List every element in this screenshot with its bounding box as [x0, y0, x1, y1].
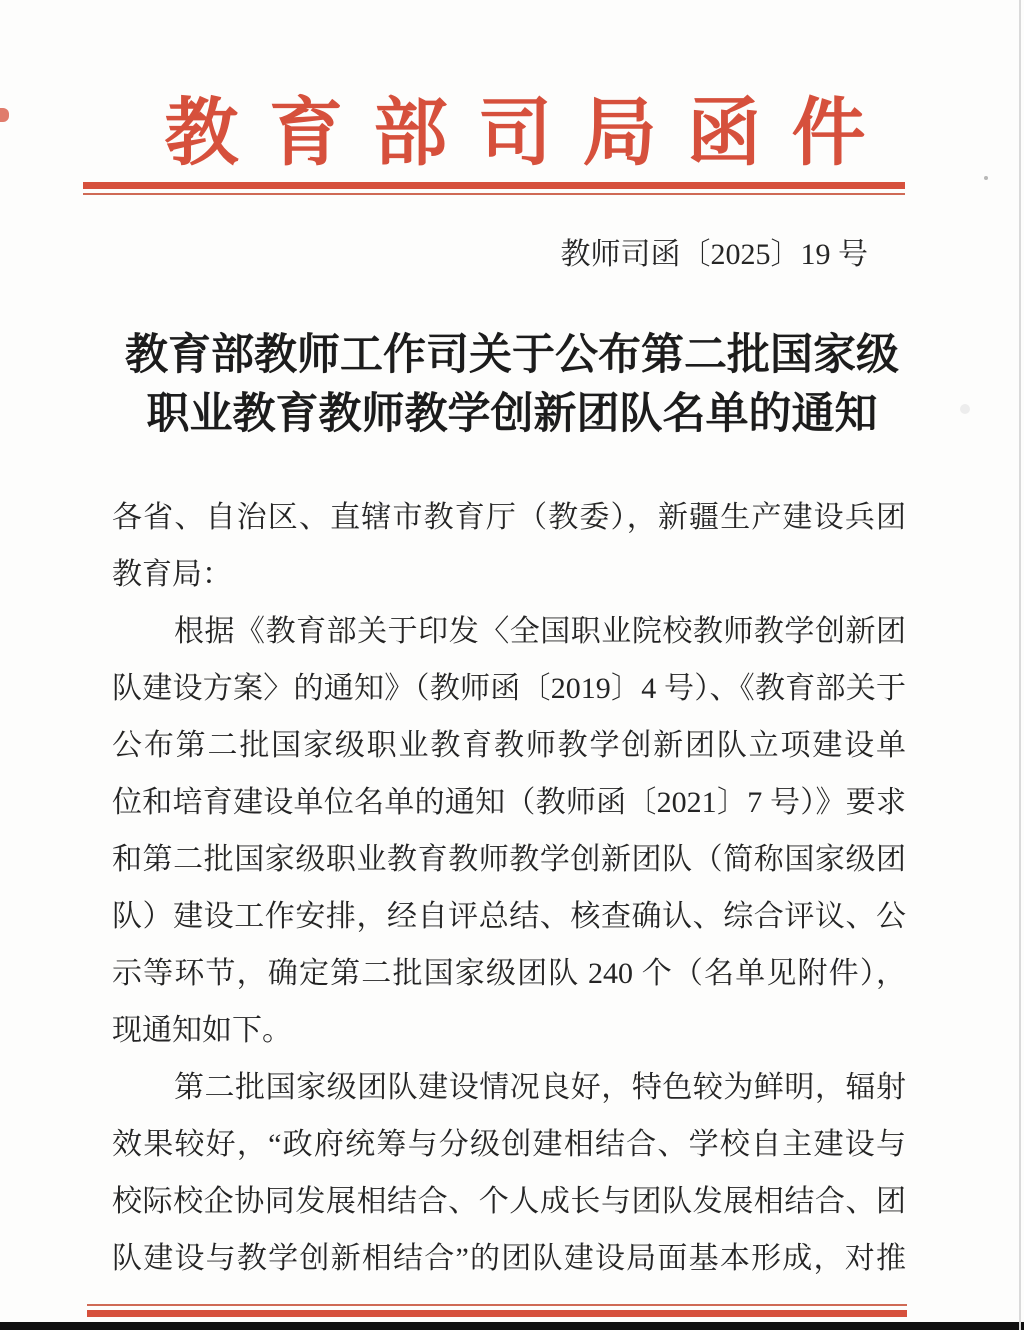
notice-title-line-1: 教育部教师工作司关于公布第二批国家级 [0, 326, 1024, 385]
letterhead-rule-thick [83, 182, 905, 189]
footer-rule-thick [87, 1310, 907, 1317]
body-line: 队建设与教学创新相结合”的团队建设局面基本形成，对推 [112, 1230, 906, 1287]
body-line: 教育局： [112, 546, 906, 603]
footer-rule-thin [87, 1304, 907, 1306]
body-line: 第二批国家级团队建设情况良好，特色较为鲜明，辐射 [112, 1059, 906, 1116]
notice-title: 教育部教师工作司关于公布第二批国家级 职业教育教师教学创新团队名单的通知 [0, 326, 1024, 444]
body-line: 公布第二批国家级职业教育教师教学创新团队立项建设单 [112, 717, 906, 774]
body-line: 根据《教育部关于印发〈全国职业院校教师教学创新团 [112, 603, 906, 660]
notice-body: 各省、自治区、直辖市教育厅（教委），新疆生产建设兵团 教育局： 根据《教育部关于… [112, 489, 906, 1287]
notice-title-line-2: 职业教育教师教学创新团队名单的通知 [0, 385, 1024, 444]
body-line: 位和培育建设单位名单的通知（教师函〔2021〕7 号）》要求 [112, 774, 906, 831]
body-line: 和第二批国家级职业教育教师教学创新团队（简称国家级团 [112, 831, 906, 888]
document-number: 教师司函〔2025〕19 号 [0, 229, 868, 273]
scan-edge-bottom [0, 1322, 1024, 1330]
body-line: 示等环节，确定第二批国家级团队 240 个（名单见附件）， [112, 945, 906, 1002]
scan-smudge [960, 404, 970, 414]
scan-edge-right [1019, 0, 1021, 1330]
body-line: 现通知如下。 [112, 1002, 906, 1059]
document-page: 教 育 部 司 局 函 件 教师司函〔2025〕19 号 教育部教师工作司关于公… [0, 0, 1024, 1330]
body-line: 队建设方案〉的通知》（教师函〔2019〕4 号）、《教育部关于 [112, 660, 906, 717]
letterhead-rule-thin [83, 193, 905, 195]
body-line: 各省、自治区、直辖市教育厅（教委），新疆生产建设兵团 [112, 489, 906, 546]
body-line: 队）建设工作安排，经自评总结、核查确认、综合评议、公 [112, 888, 906, 945]
scan-speck-gray [984, 176, 988, 180]
letterhead-agency-title: 教 育 部 司 局 函 件 [0, 74, 1024, 180]
body-line: 效果较好，“政府统筹与分级创建相结合、学校自主建设与 [112, 1116, 906, 1173]
body-line: 校际校企协同发展相结合、个人成长与团队发展相结合、团 [112, 1173, 906, 1230]
